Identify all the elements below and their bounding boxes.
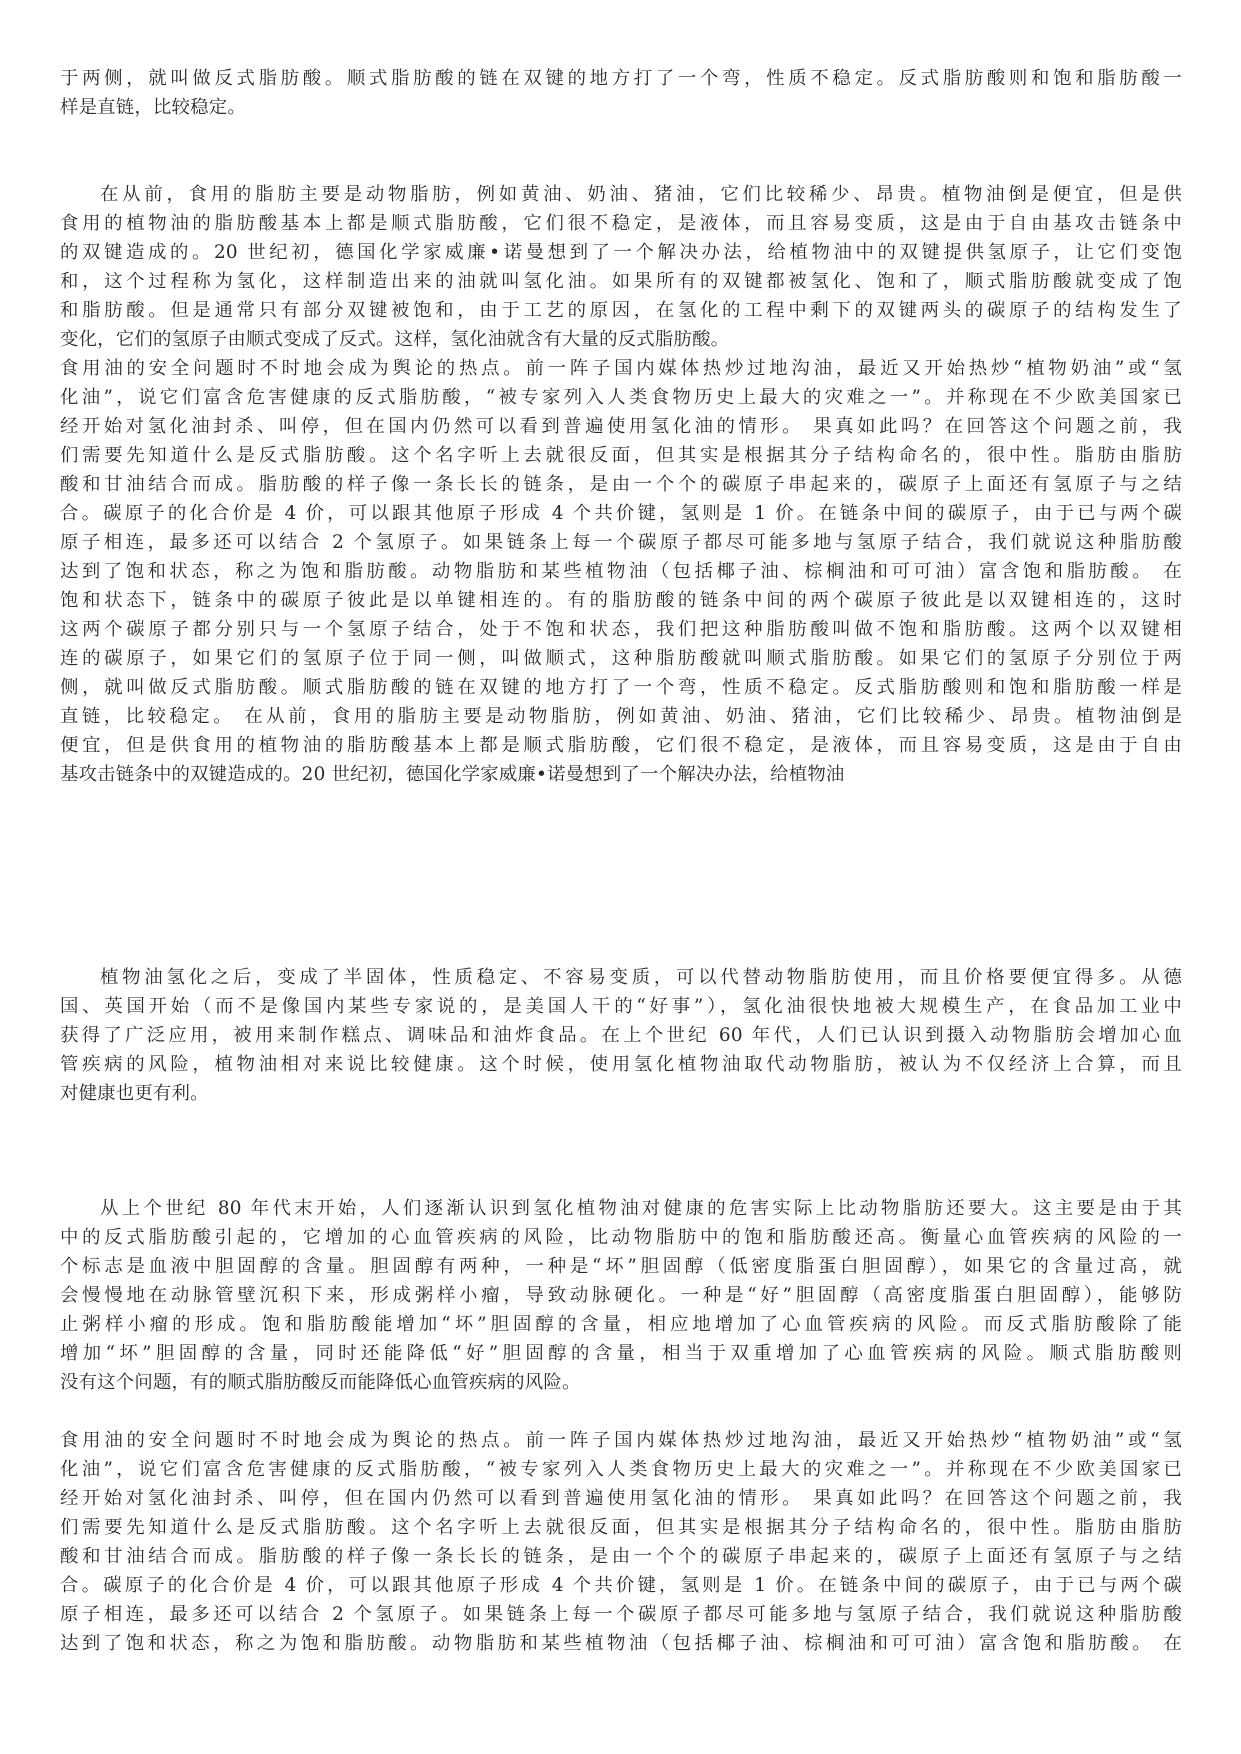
text-line: 食用油的安全问题时不时地会成为舆论的热点。前一阵子国内媒体热炒过地沟油，最近又开… — [60, 354, 1182, 383]
text-line: 管疾病的风险，植物油相对来说比较健康。这个时候，使用氢化植物油取代动物脂肪，被认… — [60, 1050, 1182, 1079]
text-line: 经开始对氢化油封杀、叫停，但在国内仍然可以看到普遍使用氢化油的情形。 果真如此吗… — [60, 412, 1182, 441]
text-line: 们需要先知道什么是反式脂肪酸。这个名字听上去就很反面，但其实是根据其分子结构命名… — [60, 1513, 1182, 1542]
text-line: 酸和甘油结合而成。脂肪酸的样子像一条长长的链条，是由一个个的碳原子串起来的，碳原… — [60, 470, 1182, 499]
text-line: 变化，它们的氢原子由顺式变成了反式。这样，氢化油就含有大量的反式脂肪酸。 — [60, 325, 1182, 354]
text-line: 和脂肪酸。但是通常只有部分双键被饱和，由于工艺的原因，在氢化的工程中剩下的双键两… — [60, 296, 1182, 325]
text-line: 止粥样小瘤的形成。饱和脂肪酸能增加“坏”胆固醇的含量，相应地增加了心血管疾病的风… — [60, 1310, 1182, 1339]
text-line: 和，这个过程称为氢化，这样制造出来的油就叫氢化油。如果所有的双键都被氢化、饱和了… — [60, 267, 1182, 296]
text-line: 经开始对氢化油封杀、叫停，但在国内仍然可以看到普遍使用氢化油的情形。 果真如此吗… — [60, 1484, 1182, 1513]
text-line: 会慢慢地在动脉管壁沉积下来，形成粥样小瘤，导致动脉硬化。一种是“好”胆固醇（高密… — [60, 1281, 1182, 1310]
text-line: 便宜，但是供食用的植物油的脂肪酸基本上都是顺式脂肪酸，它们很不稳定，是液体，而且… — [60, 731, 1182, 760]
text-line: 食用油的安全问题时不时地会成为舆论的热点。前一阵子国内媒体热炒过地沟油，最近又开… — [60, 1426, 1182, 1455]
text-line: 这两个碳原子都分别只与一个氢原子结合，处于不饱和状态，我们把这种脂肪酸叫做不饱和… — [60, 615, 1182, 644]
text-line: 中的反式脂肪酸引起的，它增加的心血管疾病的风险，比动物脂肪中的饱和脂肪酸还高。衡… — [60, 1223, 1182, 1252]
text-line: 增加“坏”胆固醇的含量，同时还能降低“好”胆固醇的含量，相当于双重增加了心血管疾… — [60, 1339, 1182, 1368]
text-line: 原子相连，最多还可以结合 2 个氢原子。如果链条上每一个碳原子都尽可能多地与氢原… — [60, 528, 1182, 557]
text-line: 获得了广泛应用，被用来制作糕点、调味品和油炸食品。在上个世纪 60 年代，人们已… — [60, 1021, 1182, 1050]
text-line: 没有这个问题，有的顺式脂肪酸反而能降低心血管疾病的风险。 — [60, 1368, 1182, 1397]
text-line: 原子相连，最多还可以结合 2 个氢原子。如果链条上每一个碳原子都尽可能多地与氢原… — [60, 1600, 1182, 1629]
text-line: 直链，比较稳定。 在从前，食用的脂肪主要是动物脂肪，例如黄油、奶油、猪油，它们比… — [60, 702, 1182, 731]
text-line: 在从前，食用的脂肪主要是动物脂肪，例如黄油、奶油、猪油，它们比较稀少、昂贵。植物… — [60, 180, 1182, 209]
text-line: 个标志是血液中胆固醇的含量。胆固醇有两种，一种是“坏”胆固醇（低密度脂蛋白胆固醇… — [60, 1252, 1182, 1281]
text-line: 食用的植物油的脂肪酸基本上都是顺式脂肪酸，它们很不稳定，是液体，而且容易变质，这… — [60, 209, 1182, 238]
text-line: 合。碳原子的化合价是 4 价，可以跟其他原子形成 4 个共价键，氢则是 1 价。… — [60, 1571, 1182, 1600]
text-line: 的双键造成的。20 世纪初，德国化学家威廉•诺曼想到了一个解决办法，给植物油中的… — [60, 238, 1182, 267]
text-line: 酸和甘油结合而成。脂肪酸的样子像一条长长的链条，是由一个个的碳原子串起来的，碳原… — [60, 1542, 1182, 1571]
text-line: 从上个世纪 80 年代末开始，人们逐渐认识到氢化植物油对健康的危害实际上比动物脂… — [60, 1194, 1182, 1223]
text-line: 化油”，说它们富含危害健康的反式脂肪酸，“被专家列入人类食物历史上最大的灾难之一… — [60, 1455, 1182, 1484]
text-line: 们需要先知道什么是反式脂肪酸。这个名字听上去就很反面，但其实是根据其分子结构命名… — [60, 441, 1182, 470]
text-line: 国、英国开始（而不是像国内某些专家说的，是美国人干的“好事”），氢化油很快地被大… — [60, 992, 1182, 1021]
text-line: 样是直链，比较稳定。 — [60, 93, 1182, 122]
text-line: 连的碳原子，如果它们的氢原子位于同一侧，叫做顺式，这种脂肪酸就叫顺式脂肪酸。如果… — [60, 644, 1182, 673]
text-line: 基攻击链条中的双键造成的。20 世纪初，德国化学家威廉•诺曼想到了一个解决办法，… — [60, 760, 1182, 789]
text-line: 植物油氢化之后，变成了半固体，性质稳定、不容易变质，可以代替动物脂肪使用，而且价… — [60, 963, 1182, 992]
text-line: 对健康也更有利。 — [60, 1079, 1182, 1108]
text-line: 于两侧，就叫做反式脂肪酸。顺式脂肪酸的链在双键的地方打了一个弯，性质不稳定。反式… — [60, 64, 1182, 93]
text-line: 合。碳原子的化合价是 4 价，可以跟其他原子形成 4 个共价键，氢则是 1 价。… — [60, 499, 1182, 528]
text-line: 侧，就叫做反式脂肪酸。顺式脂肪酸的链在双键的地方打了一个弯，性质不稳定。反式脂肪… — [60, 673, 1182, 702]
text-line: 化油”，说它们富含危害健康的反式脂肪酸，“被专家列入人类食物历史上最大的灾难之一… — [60, 383, 1182, 412]
text-line: 达到了饱和状态，称之为饱和脂肪酸。动物脂肪和某些植物油（包括椰子油、棕榈油和可可… — [60, 557, 1182, 586]
text-line: 达到了饱和状态，称之为饱和脂肪酸。动物脂肪和某些植物油（包括椰子油、棕榈油和可可… — [60, 1629, 1182, 1658]
text-line: 饱和状态下，链条中的碳原子彼此是以单键相连的。有的脂肪酸的链条中间的两个碳原子彼… — [60, 586, 1182, 615]
